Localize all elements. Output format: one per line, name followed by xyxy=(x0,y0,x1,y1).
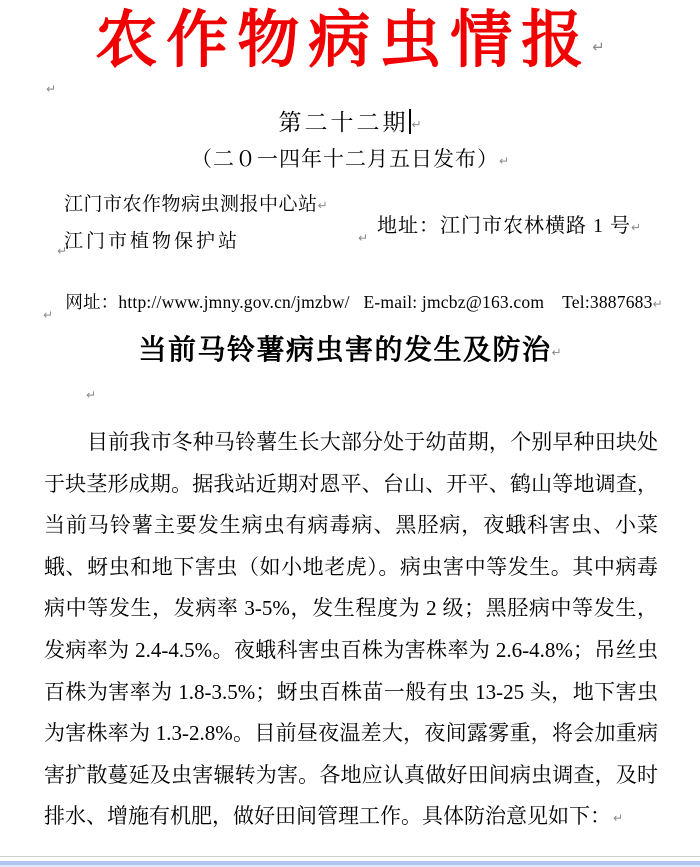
issue-number: 第二十二期 xyxy=(278,110,408,135)
masthead-title-text: 农作物病虫情报 xyxy=(95,7,592,75)
document-page[interactable]: 农作物病虫情报↵ ↵ 第二十二期↵ （二０一四年十二月五日发布）↵ 江门市农作物… xyxy=(0,0,700,867)
paragraph-mark-icon: ↵ xyxy=(358,231,368,245)
paragraph-mark-icon: ↵ xyxy=(86,388,96,402)
publisher-org-1: 江门市农作物病虫测报中心站↵ xyxy=(64,189,328,216)
issue-number-line: 第二十二期↵ xyxy=(0,107,700,141)
publish-date: （二０一四年十二月五日发布） xyxy=(191,147,499,171)
paragraph-mark-icon: ↵ xyxy=(318,199,328,213)
publisher-address-text: 地址：江门市农林横路 1 号 xyxy=(377,215,631,237)
paragraph-mark-icon: ↵ xyxy=(592,38,605,56)
paragraph-mark-icon: ↵ xyxy=(653,297,663,311)
paragraph-mark-icon: ↵ xyxy=(411,118,421,132)
article-body[interactable]: 目前我市冬种马铃薯生长大部分处于幼苗期，个别早种田块处于块茎形成期。据我站近期对… xyxy=(44,422,658,839)
article-heading: 当前马铃薯病虫害的发生及防治↵ xyxy=(0,332,700,372)
contact-line: 网址：http://www.jmny.gov.cn/jmzbw/ E-mail:… xyxy=(47,268,663,335)
article-heading-text: 当前马铃薯病虫害的发生及防治 xyxy=(138,335,551,366)
paragraph-mark-icon: ↵ xyxy=(43,308,53,322)
paragraph-mark-icon: ↵ xyxy=(551,346,561,360)
publisher-address: 地址：江门市农林横路 1 号↵ xyxy=(377,209,641,238)
paragraph-mark-icon: ↵ xyxy=(631,220,641,234)
publish-date-line: （二０一四年十二月五日发布）↵ xyxy=(0,144,700,176)
contact-line-text: 网址：http://www.jmny.gov.cn/jmzbw/ E-mail:… xyxy=(65,292,652,312)
paragraph-mark-icon: ↵ xyxy=(499,154,509,168)
article-body-text: 目前我市冬种马铃薯生长大部分处于幼苗期，个别早种田块处于块茎形成期。据我站近期对… xyxy=(44,430,658,828)
masthead-title: 农作物病虫情报↵ xyxy=(0,2,700,86)
paragraph-mark-icon: ↵ xyxy=(57,244,67,258)
paragraph-mark-icon: ↵ xyxy=(613,811,623,825)
paragraph-mark-icon: ↵ xyxy=(46,82,56,96)
publisher-org-2: 江门市植物保护站 xyxy=(64,226,240,253)
publisher-org-2-text: 江门市植物保护站 xyxy=(64,231,240,252)
publisher-org-1-text: 江门市农作物病虫测报中心站 xyxy=(64,194,318,215)
window-bottom-scrollbar[interactable] xyxy=(0,856,700,867)
